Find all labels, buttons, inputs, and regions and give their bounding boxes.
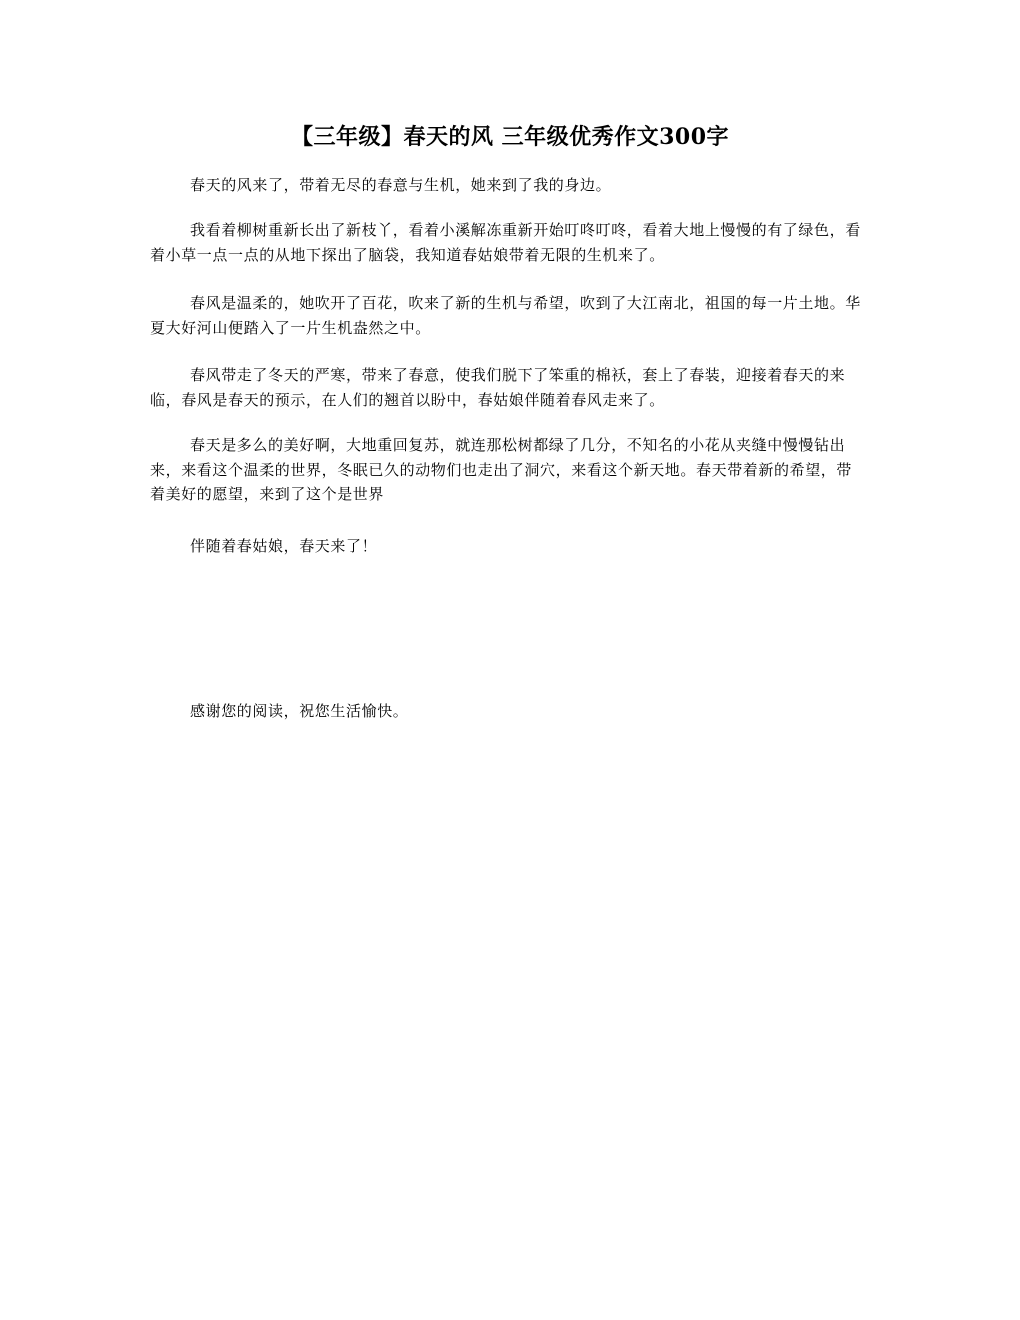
document-title: 【三年级】春天的风 三年级优秀作文300字	[0, 121, 1020, 153]
paragraph-5: 春天是多么的美好啊，大地重回复苏，就连那松树都绿了几分，不知名的小花从夹缝中慢慢…	[150, 433, 866, 507]
document-page: 【三年级】春天的风 三年级优秀作文300字 春天的风来了，带着无尽的春意与生机，…	[0, 0, 1020, 1320]
paragraph-3: 春风是温柔的，她吹开了百花，吹来了新的生机与希望，吹到了大江南北，祖国的每一片土…	[150, 291, 866, 340]
paragraph-6: 伴随着春姑娘，春天来了！	[150, 534, 866, 559]
paragraph-2: 我看着柳树重新长出了新枝丫，看着小溪解冻重新开始叮咚叮咚，看着大地上慢慢的有了绿…	[150, 218, 866, 267]
paragraph-1: 春天的风来了，带着无尽的春意与生机，她来到了我的身边。	[150, 173, 866, 198]
closing-line: 感谢您的阅读，祝您生活愉快。	[150, 699, 866, 724]
paragraph-4: 春风带走了冬天的严寒，带来了春意，使我们脱下了笨重的棉袄，套上了春装，迎接着春天…	[150, 363, 866, 412]
